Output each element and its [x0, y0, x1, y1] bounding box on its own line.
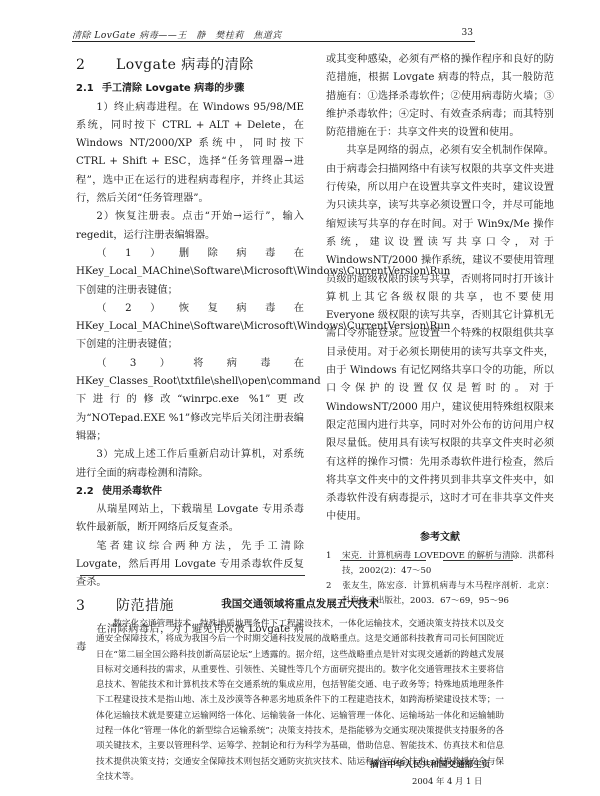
- news-notice: 我国交通领域将重点发展五大技术 数字化交通管理技术，特殊地质地理条件下工程建设技…: [96, 596, 504, 785]
- left-column: 2Lovgate 病毒的清除 2.1手工清除 Lovgate 病毒的步骤 1）终…: [76, 52, 304, 658]
- paragraph: （1）删除病毒在 HKey_Local_MAChine\Software\Mic…: [76, 245, 304, 300]
- column-end-rule: [80, 575, 305, 576]
- section-number: 2: [76, 56, 116, 74]
- right-column: 或其变种感染，必须有严格的操作程序和良好的防范措施，根据 Lovgate 病毒的…: [326, 51, 554, 609]
- running-header: 清除 LovGate 病毒——王 静 樊桂莉 焦道宾: [72, 28, 474, 41]
- paragraph: 共享是网络的弱点，必须有安全机制作保障。由于病毒会扫描网络中有读写权限的共享文件…: [326, 142, 554, 526]
- subsection-number: 2.2: [76, 483, 102, 501]
- paragraph: 2）恢复注册表。点击“开始→运行”，输入 regedit，运行注册表编辑器。: [76, 208, 304, 245]
- document-page: 清除 LovGate 病毒——王 静 樊桂莉 焦道宾 33 2Lovgate 病…: [0, 0, 600, 796]
- paragraph: 笔者建议综合两种方法，先手工清除 Lovgate，然后再用 Lovgate 专用…: [76, 538, 304, 593]
- column-end-rule: [340, 560, 426, 561]
- paragraph: 或其变种感染，必须有严格的操作程序和良好的防范措施，根据 Lovgate 病毒的…: [326, 51, 554, 142]
- subsection-title: 手工清除 Lovgate 病毒的步骤: [102, 83, 244, 94]
- page-number: 33: [462, 28, 473, 38]
- section-title: Lovgate 病毒的清除: [116, 57, 254, 73]
- paragraph: 从瑞星网站上，下载瑞星 Lovgate 专用杀毒软件最新版，断开网络后反复查杀。: [76, 501, 304, 538]
- notice-title: 我国交通领域将重点发展五大技术: [96, 596, 504, 611]
- reference-text: 宋克．计算机病毒 LOVEDOVE 的解析与清除．洪都科技，2002(2)：47…: [342, 551, 554, 576]
- paragraph: 1）终止病毒进程。在 Windows 95/98/ME 系统，同时按下 CTRL…: [76, 99, 304, 209]
- paragraph: （3）将病毒在 HKey_Classes_Root\txtfile\shell\…: [76, 355, 304, 446]
- reference-number: 1: [326, 549, 342, 564]
- notice-date: 2004 年 4 月 1 日: [412, 775, 482, 787]
- section-2-1-heading: 2.1手工清除 Lovgate 病毒的步骤: [76, 80, 304, 98]
- notice-signature: 摘自中华人民共和国交通部主页: [370, 758, 490, 770]
- reference-number: 2: [326, 579, 342, 594]
- subsection-number: 2.1: [76, 80, 102, 98]
- subsection-title: 使用杀毒软件: [102, 486, 162, 497]
- references-heading: 参考文献: [326, 529, 554, 547]
- column-end-rule: [443, 560, 513, 561]
- paragraph: 3）完成上述工作后重新启动计算机，对系统进行全面的病毒检测和清除。: [76, 446, 304, 483]
- section-2-2-heading: 2.2使用杀毒软件: [76, 483, 304, 501]
- section-2-heading: 2Lovgate 病毒的清除: [76, 56, 304, 74]
- header-rule: [72, 41, 475, 42]
- paragraph: （2）恢复病毒在 HKey_Local_MAChine\Software\Mic…: [76, 300, 304, 355]
- reference-item: 1宋克．计算机病毒 LOVEDOVE 的解析与清除．洪都科技，2002(2)：4…: [326, 549, 554, 579]
